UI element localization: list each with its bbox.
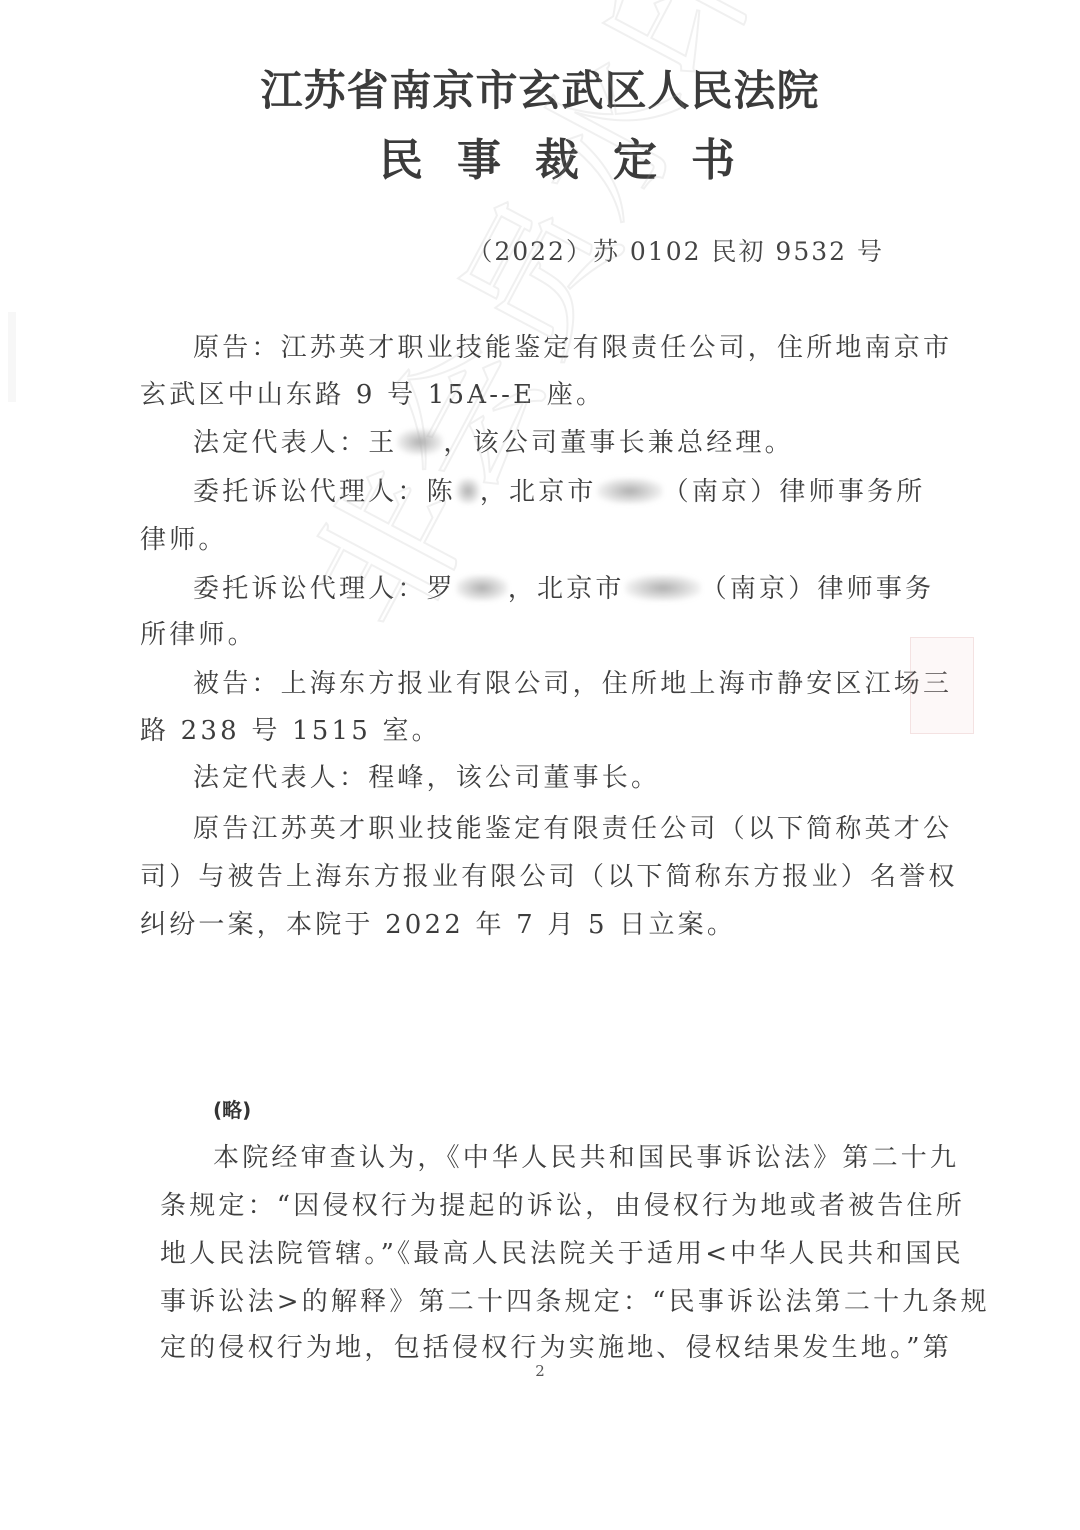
page-number: 2	[0, 1362, 1080, 1380]
case-intro-line-3: 纠纷一案，本院于 2022 年 7 月 5 日立案。	[140, 907, 908, 943]
agent-1-mid: ，北京市	[480, 477, 597, 507]
plaintiff-line-2: 玄武区中山东路 9 号 15A--E 座。	[140, 377, 908, 413]
plaintiff-line-1: 原告：江苏英才职业技能鉴定有限责任公司，住所地南京市	[193, 330, 908, 366]
agent-1-line-1: 委托诉讼代理人：陈，北京市（南京）律师事务所	[193, 474, 908, 510]
redacted-name	[456, 575, 508, 601]
agent-1-line-2: 律师。	[140, 522, 908, 558]
omitted-marker: (略)	[213, 1094, 251, 1123]
agent-1-prefix: 委托诉讼代理人：陈	[193, 477, 456, 507]
document-page: 江苏省南京市玄武区人民法院 民事裁定书 （2022）苏 0102 民初 9532…	[0, 0, 1080, 1530]
defendant-representative: 法定代表人：程峰，该公司董事长。	[193, 760, 908, 796]
agent-2-suffix: （南京）律师事务	[701, 574, 935, 604]
defendant-line-2: 路 238 号 1515 室。	[140, 713, 908, 749]
agent-2-line-2: 所律师。	[140, 617, 908, 653]
agent-2-prefix: 委托诉讼代理人：罗	[193, 574, 456, 604]
reasoning-line-1: 本院经审查认为，《中华人民共和国民事诉讼法》第二十九	[213, 1140, 895, 1176]
redacted-firm	[625, 575, 701, 601]
document-type-title: 民事裁定书	[0, 124, 1080, 188]
agent-1-suffix: （南京）律师事务所	[663, 477, 926, 507]
scan-edge-mark	[8, 312, 16, 402]
plaintiff-rep-prefix: 法定代表人：王	[193, 428, 397, 458]
agent-2-line-1: 委托诉讼代理人：罗，北京市（南京）律师事务	[193, 571, 908, 607]
plaintiff-representative: 法定代表人：王，该公司董事长兼总经理。	[193, 425, 908, 461]
redacted-firm	[597, 478, 663, 504]
case-intro-line-1: 原告江苏英才职业技能鉴定有限责任公司（以下简称英才公	[193, 811, 908, 847]
reasoning-line-3: 地人民法院管辖。”《最高人民法院关于适用<中华人民共和国民	[160, 1236, 895, 1272]
case-number: （2022）苏 0102 民初 9532 号	[467, 232, 884, 268]
case-intro-line-2: 司）与被告上海东方报业有限公司（以下简称东方报业）名誉权	[140, 859, 908, 895]
reasoning-line-2: 条规定：“因侵权行为提起的诉讼，由侵权行为地或者被告住所	[160, 1188, 895, 1224]
reasoning-line-4: 事诉讼法>的解释》第二十四条规定：“民事诉讼法第二十九条规	[160, 1284, 895, 1320]
agent-2-mid: ，北京市	[508, 574, 625, 604]
redacted-name	[456, 478, 480, 504]
reasoning-line-5: 定的侵权行为地，包括侵权行为实施地、侵权结果发生地。”第	[160, 1330, 895, 1366]
plaintiff-rep-suffix: ，该公司董事长兼总经理。	[443, 428, 793, 458]
defendant-line-1: 被告：上海东方报业有限公司，住所地上海市静安区江场三	[193, 666, 908, 702]
redacted-name	[397, 429, 443, 455]
court-name-title: 江苏省南京市玄武区人民法院	[0, 58, 1080, 118]
